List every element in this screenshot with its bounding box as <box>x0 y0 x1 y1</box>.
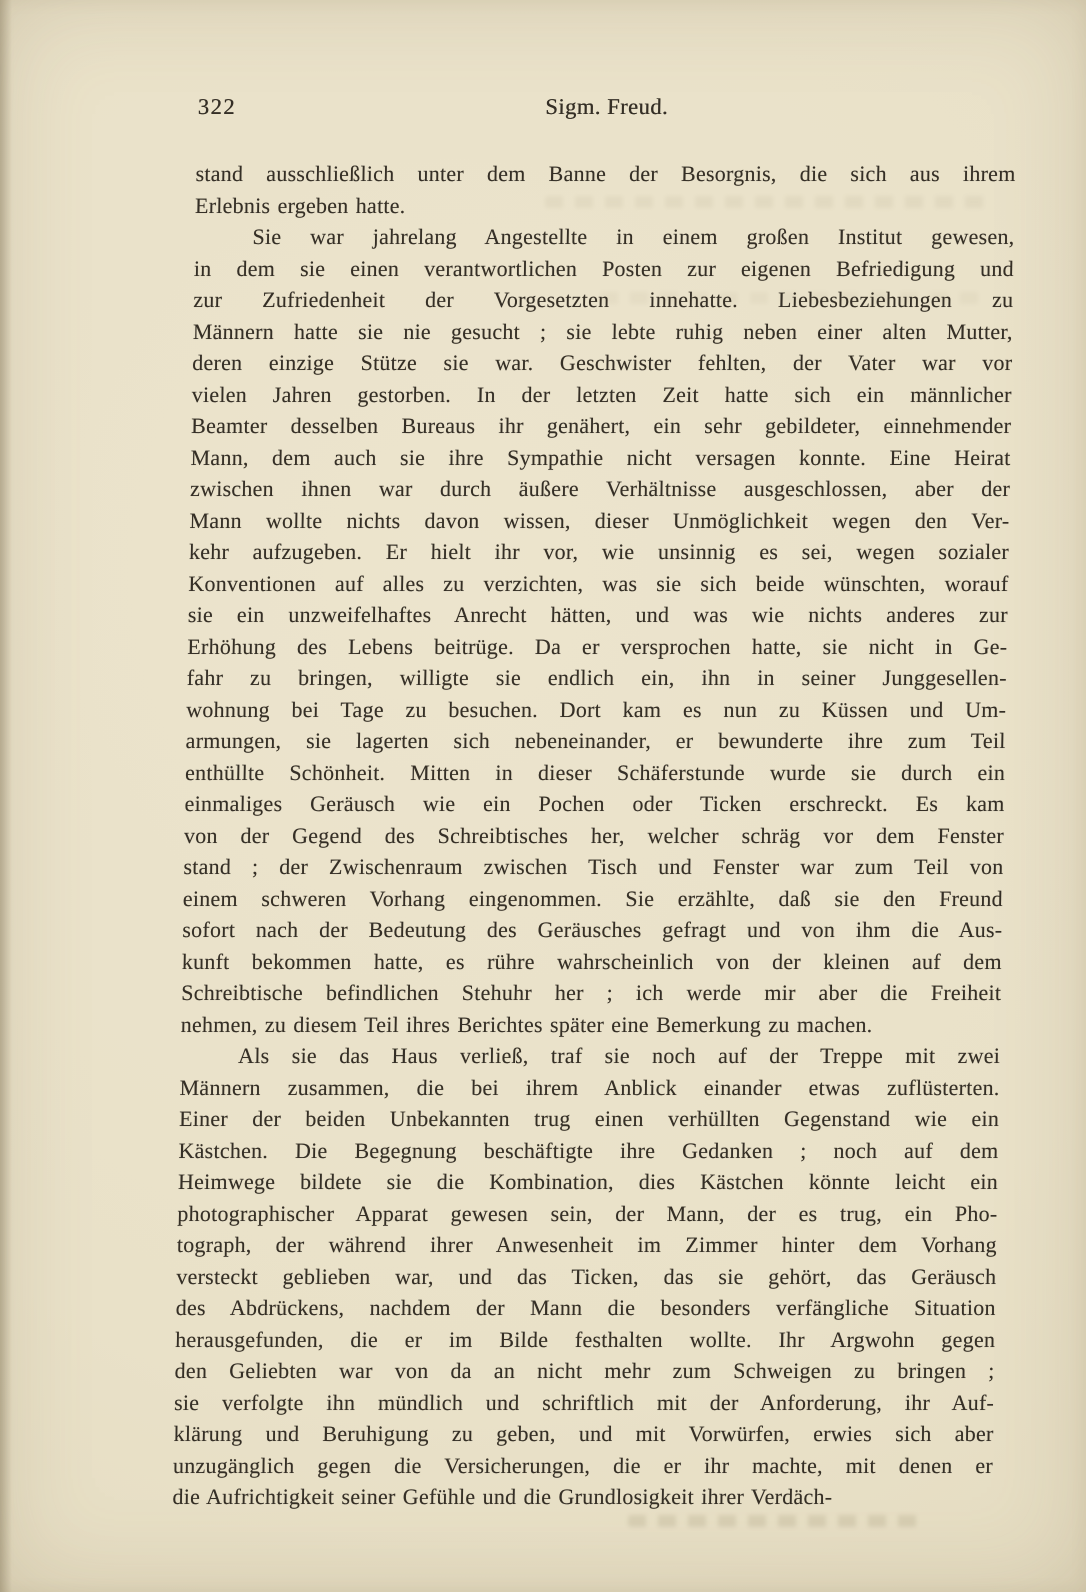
text-line: Als sie das Haus verließ, traf sie noch … <box>180 1040 1001 1072</box>
text-line: Mann wollte nichts davon wissen, dieser … <box>189 505 1010 537</box>
text-line: versteckt geblieben war, und das Ticken,… <box>176 1261 997 1293</box>
text-line: armungen, sie lagerten sich nebeneinande… <box>185 725 1006 757</box>
text-line: enthüllte Schönheit. Mitten in dieser Sc… <box>185 757 1006 789</box>
book-page-scan: 322 Sigm. Freud. stand ausschließlich un… <box>0 0 1086 1592</box>
text-line: Beamter desselben Bureaus ihr genähert, … <box>191 410 1012 442</box>
text-line: in dem sie einen verantwortlichen Posten… <box>194 253 1015 285</box>
text-line: unzugänglich gegen die Versicherungen, d… <box>173 1450 994 1482</box>
text-line: Erhöhung des Lebens beitrüge. Da er vers… <box>187 631 1008 663</box>
text-line: Männern hatte sie nie gesucht ; sie lebt… <box>193 316 1014 348</box>
text-line: die Aufrichtigkeit seiner Gefühle und di… <box>172 1481 993 1513</box>
text-line: sofort nach der Bedeutung des Geräusches… <box>182 914 1003 946</box>
text-line: des Abdrückens, nachdem der Mann die bes… <box>176 1292 997 1324</box>
running-head: Sigm. Freud. <box>196 92 1017 122</box>
text-line: Mann, dem auch sie ihre Sympathie nicht … <box>190 442 1011 474</box>
text-line: Heimwege bildete sie die Kombination, di… <box>178 1166 999 1198</box>
text-line: einem schweren Vorhang eingenommen. Sie … <box>183 883 1004 915</box>
scan-edge-shadow <box>0 0 12 1592</box>
text-line: deren einzige Stütze sie war. Geschwiste… <box>192 347 1013 379</box>
text-line: Sie war jahrelang Angestellte in einem g… <box>194 221 1015 253</box>
text-line: fahr zu bringen, willigte sie endlich ei… <box>187 662 1008 694</box>
text-line: von der Gegend des Schreibtisches her, w… <box>184 820 1005 852</box>
text-line: einmaliges Geräusch wie ein Pochen oder … <box>184 788 1005 820</box>
text-line: photographischer Apparat gewesen sein, d… <box>177 1198 998 1230</box>
text-line: Erlebnis ergeben hatte. <box>195 190 1016 222</box>
text-line: nehmen, zu diesem Teil ihres Berichtes s… <box>180 1009 1001 1041</box>
text-line: zur Zufriedenheit der Vorgesetzten inneh… <box>193 284 1014 316</box>
text-line: herausgefunden, die er im Bilde festhalt… <box>175 1324 996 1356</box>
printed-area: 322 Sigm. Freud. stand ausschließlich un… <box>172 92 1017 1513</box>
text-line: Einer der beiden Unbekannten trug einen … <box>179 1103 1000 1135</box>
text-line: den Geliebten war von da an nicht mehr z… <box>174 1355 995 1387</box>
text-line: tograph, der während ihrer Anwesenheit i… <box>177 1229 998 1261</box>
text-line: wohnung bei Tage zu besuchen. Dort kam e… <box>186 694 1007 726</box>
body-text: stand ausschließlich unter dem Banne der… <box>172 158 1016 1513</box>
text-line: Konventionen auf alles zu verzichten, wa… <box>188 568 1009 600</box>
show-through-ghost <box>628 1515 928 1527</box>
text-line: sie verfolgte ihn mündlich und schriftli… <box>174 1387 995 1419</box>
text-line: kunft bekommen hatte, es rühre wahrschei… <box>182 946 1003 978</box>
text-line: vielen Jahren gestorben. In der letzten … <box>191 379 1012 411</box>
text-line: sie ein unzweifelhaftes Anrecht hätten, … <box>188 599 1009 631</box>
text-line: stand ; der Zwischenraum zwischen Tisch … <box>183 851 1004 883</box>
text-line: klärung und Beruhigung zu geben, und mit… <box>173 1418 994 1450</box>
text-line: kehr aufzugeben. Er hielt ihr vor, wie u… <box>189 536 1010 568</box>
text-line: Männern zusammen, die bei ihrem Anblick … <box>179 1072 1000 1104</box>
text-line: Kästchen. Die Begegnung beschäftigte ihr… <box>178 1135 999 1167</box>
text-line: stand ausschließlich unter dem Banne der… <box>195 158 1016 190</box>
page-header: 322 Sigm. Freud. <box>196 92 1017 122</box>
text-line: zwischen ihnen war durch äußere Verhältn… <box>190 473 1011 505</box>
text-line: Schreibtische befindlichen Stehuhr her ;… <box>181 977 1002 1009</box>
